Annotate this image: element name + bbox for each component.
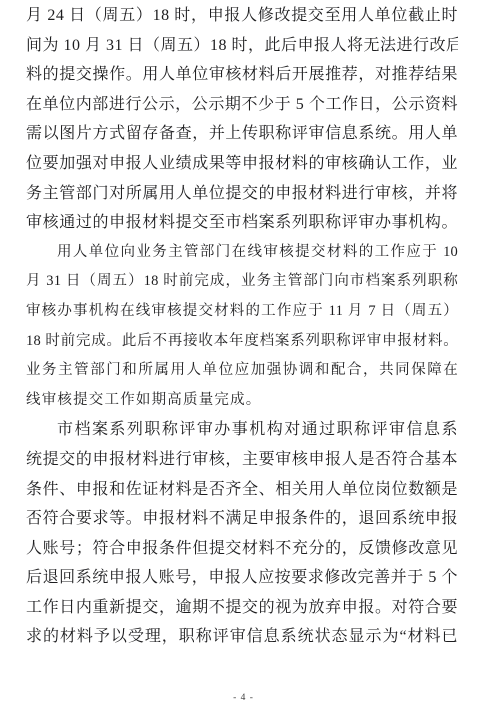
- text-line: 位要加强对申报人业绩成果等申报材料的审核确认工作，业: [26, 149, 458, 179]
- text-line: 间为 10 月 31 日（周五）18 时，此后申报人将无法进行改后材: [26, 31, 458, 61]
- text-line paragraph-start: 市档案系列职称评审办事机构对通过职称评审信息系: [26, 415, 458, 445]
- text-line: 在单位内部进行公示，公示期不少于 5 个工作日，公示资料: [26, 90, 458, 120]
- text-line: 业务主管部门和所属用人单位应加强协调和配合，共同保障在: [26, 356, 458, 386]
- page-number: - 4 -: [0, 693, 487, 703]
- text-line: 条件、申报和佐证材料是否齐全、相关用人单位岗位数额是: [26, 475, 458, 505]
- text-line: 后退回系统申报人账号，申报人应按要求修改完善并于 5 个: [26, 563, 458, 593]
- text-line: 统提交的申报材料进行审核，主要审核申报人是否符合基本: [26, 445, 458, 475]
- text-line: 月 31 日（周五）18 时前完成，业务主管部门向市档案系列职称: [26, 267, 458, 297]
- text-line: 求的材料予以受理，职称评审信息系统状态显示为“材料已: [26, 622, 458, 652]
- text-line: 月 24 日（周五）18 时，申报人修改提交至用人单位截止时: [26, 1, 458, 31]
- document-body: 月 24 日（周五）18 时，申报人修改提交至用人单位截止时 间为 10 月 3…: [26, 1, 458, 652]
- text-line: 否符合要求等。申报材料不满足申报条件的，退回系统申报: [26, 504, 458, 534]
- text-line: 审核办事机构在线审核提交材料的工作应于 11 月 7 日（周五）: [26, 297, 458, 327]
- text-line: 需以图片方式留存备查，并上传职称评审信息系统。用人单: [26, 119, 458, 149]
- text-line: 人账号；符合申报条件但提交材料不充分的，反馈修改意见: [26, 534, 458, 564]
- text-line: 18 时前完成。此后不再接收本年度档案系列职称评审申报材料。: [26, 327, 458, 357]
- text-line: 料的提交操作。用人单位审核材料后开展推荐，对推荐结果: [26, 60, 458, 90]
- text-line: 工作日内重新提交，逾期不提交的视为放弃申报。对符合要: [26, 593, 458, 623]
- document-page: 月 24 日（周五）18 时，申报人修改提交至用人单位截止时 间为 10 月 3…: [0, 0, 487, 713]
- text-line: 审核通过的申报材料提交至市档案系列职称评审办事机构。: [26, 208, 458, 238]
- text-line paragraph-start: 用人单位向业务主管部门在线审核提交材料的工作应于 10: [26, 238, 458, 268]
- text-line paragraph-end: 线审核提交工作如期高质量完成。: [26, 386, 458, 416]
- text-line: 务主管部门对所属用人单位提交的申报材料进行审核，并将: [26, 179, 458, 209]
